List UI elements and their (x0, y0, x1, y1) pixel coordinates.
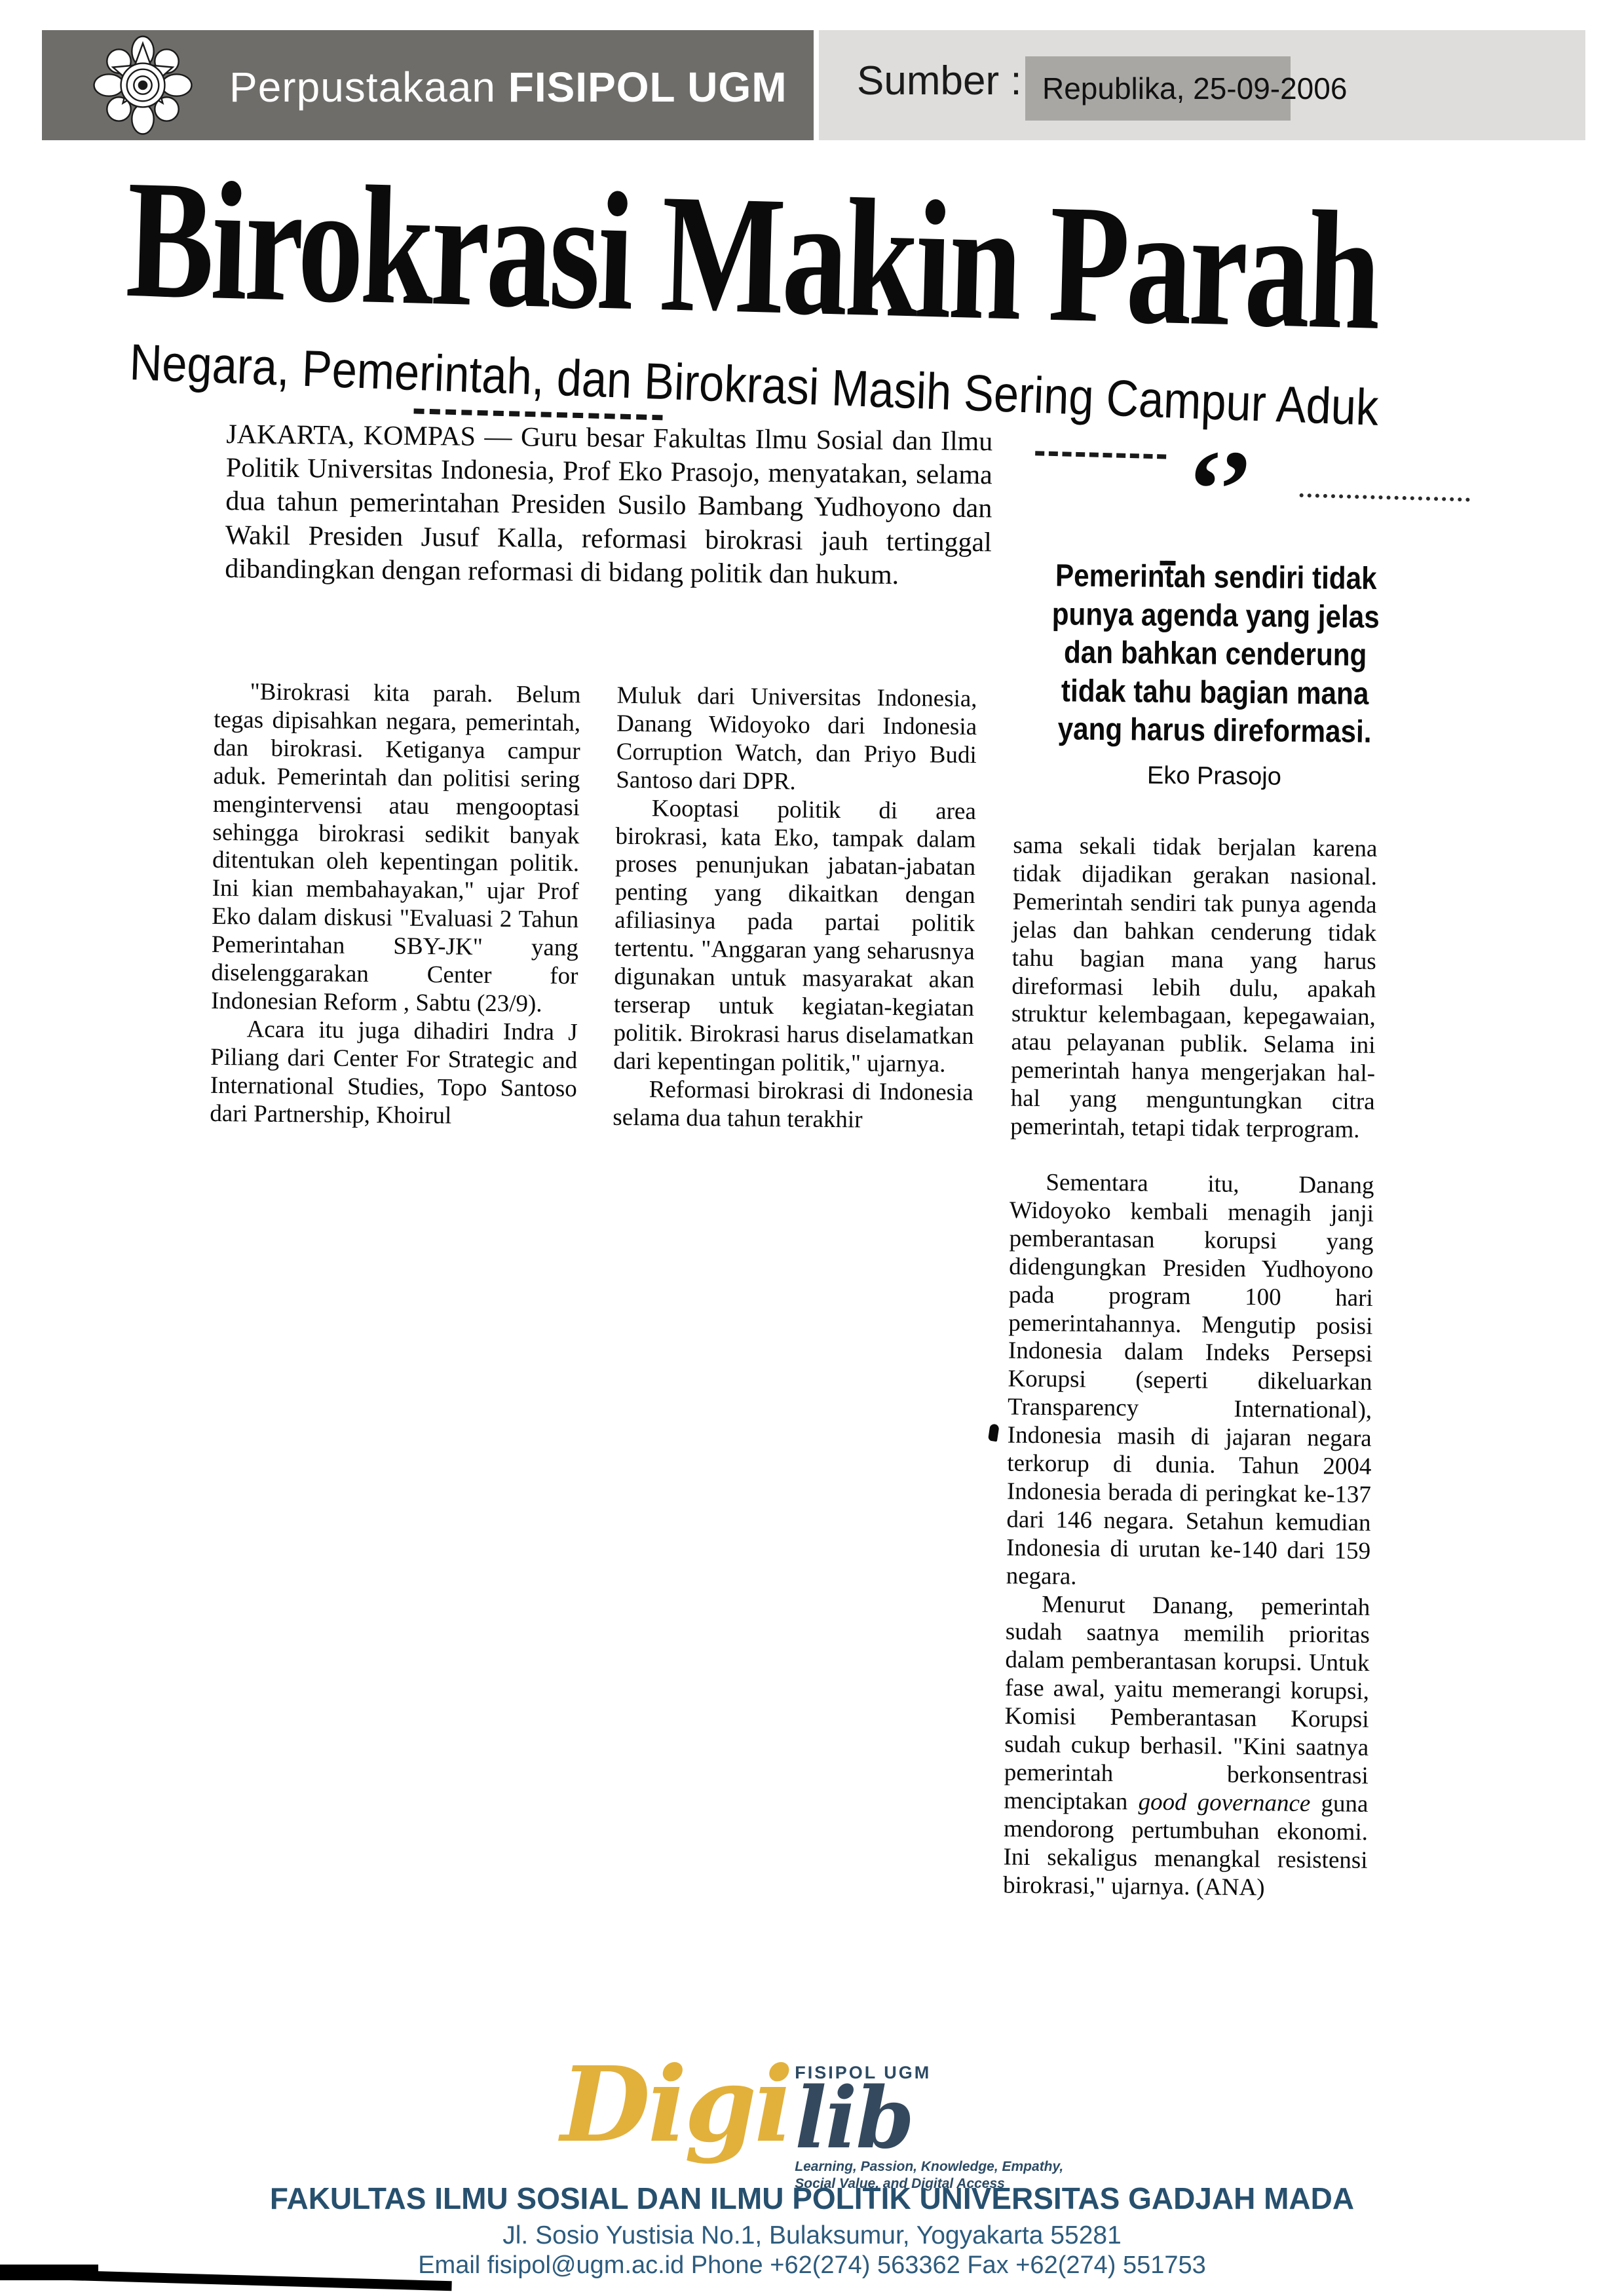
tagline-line-1: Learning, Passion, Knowledge, Empathy, (795, 2159, 1063, 2174)
digilib-logo-right: FISIPOL UGM lib Learning, Passion, Knowl… (795, 2059, 1063, 2192)
scan-artifact-dot (1160, 561, 1176, 565)
paragraph: "Birokrasi kita parah. Belum tegas dipis… (211, 678, 581, 1019)
paragraph: Reformasi birokrasi di Indonesia selama … (613, 1075, 973, 1135)
body-column-2: Muluk dari Universitas Indonesia, Danang… (613, 682, 977, 1136)
digilib-logo-lib: lib (795, 2083, 913, 2154)
pull-quote: ‘’ Pemerintah sendiri tidak punya agenda… (1024, 440, 1407, 792)
quote-icon: ‘’ (1027, 440, 1407, 543)
paragraph: sama sekali tidak berjalan karena tidak … (1010, 832, 1378, 1145)
scan-artifact-mark (988, 1423, 1000, 1442)
paragraph-closing: Menurut Danang, pemerintah sudah saatnya… (1003, 1590, 1370, 1903)
closing-text-italic: good governance (1138, 1788, 1310, 1817)
paragraph: Acara itu juga dihadiri Indra J Piliang … (210, 1016, 578, 1132)
paragraph: Sementara itu, Danang Widoyoko kembali m… (1006, 1169, 1374, 1594)
body-column-3: sama sekali tidak berjalan karena tidak … (1003, 832, 1378, 1904)
digilib-logo-digi: Digi (561, 2059, 791, 2152)
pull-quote-text: Pemerintah sendiri tidak punya agenda ya… (1030, 557, 1401, 752)
paragraph: Kooptasi politik di area birokrasi, kata… (613, 794, 976, 1079)
article-body: JAKARTA, KOMPAS — Guru besar Fakultas Il… (0, 0, 1624, 2044)
pull-quote-author: Eko Prasojo (1024, 761, 1404, 793)
scanned-clipping-page: Perpustakaan FISIPOL UGM Sumber : Republ… (0, 0, 1624, 2296)
digilib-logo: Digi FISIPOL UGM lib Learning, Passion, … (0, 2059, 1624, 2192)
paragraph: Muluk dari Universitas Indonesia, Danang… (616, 682, 977, 798)
footer-address-line: Jl. Sosio Yustisia No.1, Bulaksumur, Yog… (0, 2221, 1624, 2250)
lead-paragraph: JAKARTA, KOMPAS — Guru besar Fakultas Il… (225, 418, 992, 593)
footer-faculty-line: FAKULTAS ILMU SOSIAL DAN ILMU POLITIK UN… (0, 2181, 1624, 2216)
body-column-1: "Birokrasi kita parah. Belum tegas dipis… (210, 678, 581, 1132)
closing-text-before: Menurut Danang, pemerintah sudah saatnya… (1004, 1591, 1370, 1816)
scan-artifact-streak-end (0, 2265, 98, 2280)
